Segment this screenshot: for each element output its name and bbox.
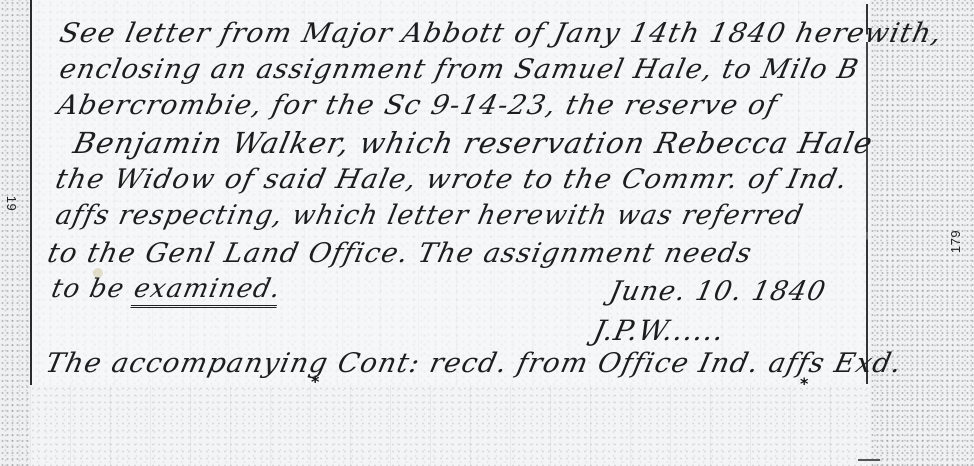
right-border-line — [866, 4, 868, 384]
folio-number-right: 179 — [948, 230, 963, 253]
bottom-margin — [30, 385, 870, 466]
text-line-1: See letter from Major Abbott of Jany 14t… — [57, 18, 945, 49]
text-line-6: affs respecting, which letter herewith w… — [53, 200, 807, 231]
date-line: June. 10. 1840 — [607, 276, 829, 307]
folio-number-left: 19 — [4, 196, 19, 211]
underlined-word: examined. — [130, 274, 284, 308]
text-line-8: to be examined. — [52, 274, 280, 308]
asterisk-mark-2: * — [800, 374, 808, 393]
text-line-7: to the Genl Land Office. The assignment … — [45, 238, 755, 269]
document-page: 19 179 See letter from Major Abbott of J… — [0, 0, 974, 466]
paper-stain — [93, 268, 103, 278]
text-line-2: enclosing an assignment from Samuel Hale… — [57, 54, 862, 85]
initials-signature: J.P.W...... — [590, 314, 728, 347]
left-margin — [0, 0, 30, 466]
text-line-3: Abercrombie, for the Sc 9-14-23, the res… — [55, 90, 781, 121]
left-border-line — [30, 0, 32, 385]
text-line-4: Benjamin Walker, which reservation Rebec… — [70, 126, 876, 160]
asterisk-mark-1: * — [311, 372, 319, 391]
footer-note-line: The accompanying Cont: recd. from Office… — [43, 348, 905, 379]
text-line-5: the Widow of said Hale, wrote to the Com… — [53, 164, 851, 195]
bottom-ink-mark — [858, 459, 880, 461]
text-line-8-lead: to be — [49, 274, 128, 304]
